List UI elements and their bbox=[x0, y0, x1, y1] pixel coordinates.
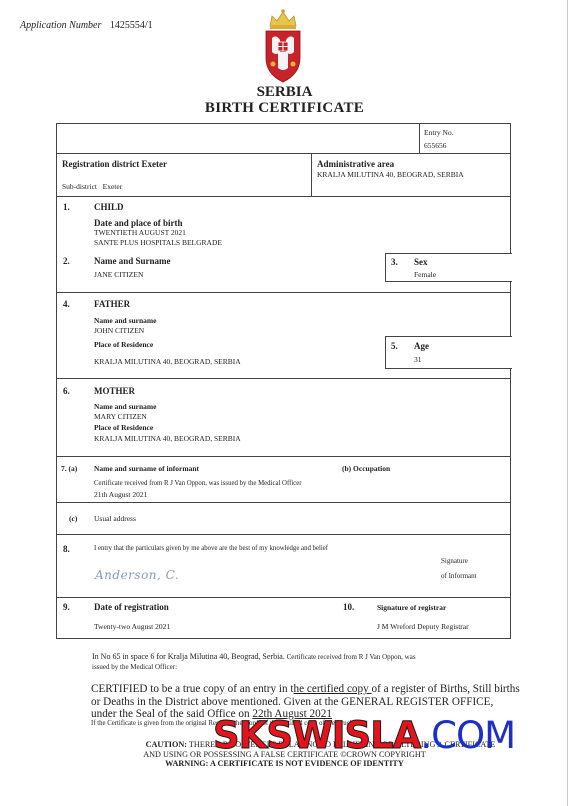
child-name-label: Name and Surname bbox=[94, 256, 171, 266]
divider bbox=[57, 292, 510, 293]
declaration-number: 8. bbox=[63, 544, 70, 554]
divider bbox=[57, 378, 510, 379]
sex-number: 3. bbox=[391, 257, 398, 267]
certificate-table: Entry No. 655656 Registration district E… bbox=[56, 123, 511, 639]
signature-label-1: Signature bbox=[441, 556, 468, 566]
child-heading: CHILD bbox=[94, 202, 124, 212]
age-label: Age bbox=[414, 341, 429, 351]
warning-line: WARNING: A CERTIFICATE IS NOT EVIDENCE O… bbox=[0, 759, 569, 769]
occupation-label: (b) Occupation bbox=[342, 464, 390, 474]
name-number: 2. bbox=[63, 256, 70, 266]
registration-date-number: 9. bbox=[63, 602, 70, 612]
application-number: Application Number 1425554/1 bbox=[20, 20, 153, 31]
application-number-value: 1425554/1 bbox=[110, 20, 153, 31]
father-heading: FATHER bbox=[94, 299, 130, 309]
divider bbox=[57, 456, 510, 457]
registrar-label: Signature of registrar bbox=[377, 603, 446, 613]
country-title: SERBIA bbox=[0, 84, 569, 101]
age-box: 5. Age 31 bbox=[385, 336, 512, 369]
sex-label: Sex bbox=[414, 257, 428, 267]
cert-text-1: CERTIFIED to be a true copy of an entry … bbox=[91, 683, 294, 695]
divider bbox=[57, 534, 510, 535]
watermark: SKSWISLA.COM bbox=[213, 716, 515, 756]
registrar-value: J M Wreford Deputy Registrar bbox=[377, 622, 469, 632]
father-name-label: Name and surname bbox=[94, 316, 157, 326]
divider bbox=[419, 124, 420, 153]
page-edge bbox=[567, 0, 568, 806]
registration-date-value: Twenty-two August 2021 bbox=[94, 622, 170, 632]
declaration-text: I entry that the particulars given by me… bbox=[94, 544, 328, 554]
mother-number: 6. bbox=[63, 386, 70, 396]
footer-note-received: Certificate received from R J Van Oppon,… bbox=[285, 653, 416, 661]
signature-label-2: of Informant bbox=[441, 571, 477, 581]
informant-signature: Anderson, C. bbox=[95, 568, 179, 582]
application-number-label: Application Number bbox=[20, 20, 101, 31]
father-residence-value: KRALJA MILUTINA 40, BEOGRAD, SERBIA bbox=[94, 357, 241, 367]
registrar-number: 10. bbox=[343, 602, 354, 612]
registration-district: Registration district Exeter bbox=[62, 159, 167, 169]
serbian-coat-of-arms-icon bbox=[262, 8, 304, 84]
mother-name-value: MARY CITIZEN bbox=[94, 412, 147, 422]
informant-number: 7. (a) bbox=[61, 464, 77, 474]
registration-date-label: Date of registration bbox=[94, 602, 169, 612]
informant-note: Certificate received from R J Van Oppon,… bbox=[94, 479, 302, 489]
divider bbox=[57, 502, 510, 503]
informant-name-label: Name and surname of informant bbox=[94, 464, 199, 474]
watermark-blue: .COM bbox=[420, 714, 515, 757]
divider bbox=[57, 196, 510, 197]
footer-note-line2: issued by the Medical Officer: bbox=[92, 663, 177, 671]
footer-note-line1: In No 65 in space 6 for Kralja Milutina … bbox=[92, 652, 416, 661]
mother-heading: MOTHER bbox=[94, 386, 135, 396]
usual-address-number: (c) bbox=[69, 514, 77, 524]
entry-no-value: 655656 bbox=[424, 141, 447, 151]
caution-prefix: CAUTION: bbox=[146, 740, 187, 749]
sub-district: Sub-district Exeter bbox=[62, 182, 122, 192]
father-number: 4. bbox=[63, 299, 70, 309]
administrative-area-value: KRALJA MILUTINA 40, BEOGRAD, SERBIA bbox=[317, 170, 464, 180]
usual-address-label: Usual address bbox=[94, 514, 136, 524]
informant-date: 21th August 2021 bbox=[94, 490, 147, 500]
divider bbox=[57, 597, 510, 598]
footer-note-address: In No 65 in space 6 for Kralja Milutina … bbox=[92, 652, 285, 661]
sex-box: 3. Sex Female bbox=[385, 253, 512, 282]
watermark-red: SKSWISLA bbox=[213, 714, 420, 757]
mother-residence-label: Place of Residence bbox=[94, 423, 153, 433]
age-number: 5. bbox=[391, 341, 398, 351]
place-of-birth-value: SANTE PLUS HOSPITALS BELGRADE bbox=[94, 238, 222, 248]
father-residence-label: Place of Residence bbox=[94, 340, 153, 350]
father-name-value: JOHN CITIZEN bbox=[94, 326, 144, 336]
divider bbox=[57, 153, 510, 154]
child-number: 1. bbox=[63, 202, 70, 212]
mother-residence-value: KRALJA MILUTINA 40, BEOGRAD, SERBIA bbox=[94, 434, 241, 444]
entry-no-label: Entry No. bbox=[424, 128, 454, 138]
sex-value: Female bbox=[414, 270, 436, 280]
divider bbox=[311, 153, 312, 196]
administrative-area-label: Administrative area bbox=[317, 159, 394, 169]
age-value: 31 bbox=[414, 355, 422, 365]
cert-underlined: he certified copy bbox=[294, 683, 372, 695]
dob-value: TWENTIETH AUGUST 2021 bbox=[94, 228, 186, 238]
dob-label: Date and place of birth bbox=[94, 218, 183, 228]
document-title: BIRTH CERTIFICATE bbox=[0, 100, 569, 117]
child-name-value: JANE CITIZEN bbox=[94, 270, 143, 280]
mother-name-label: Name and surname bbox=[94, 402, 157, 412]
